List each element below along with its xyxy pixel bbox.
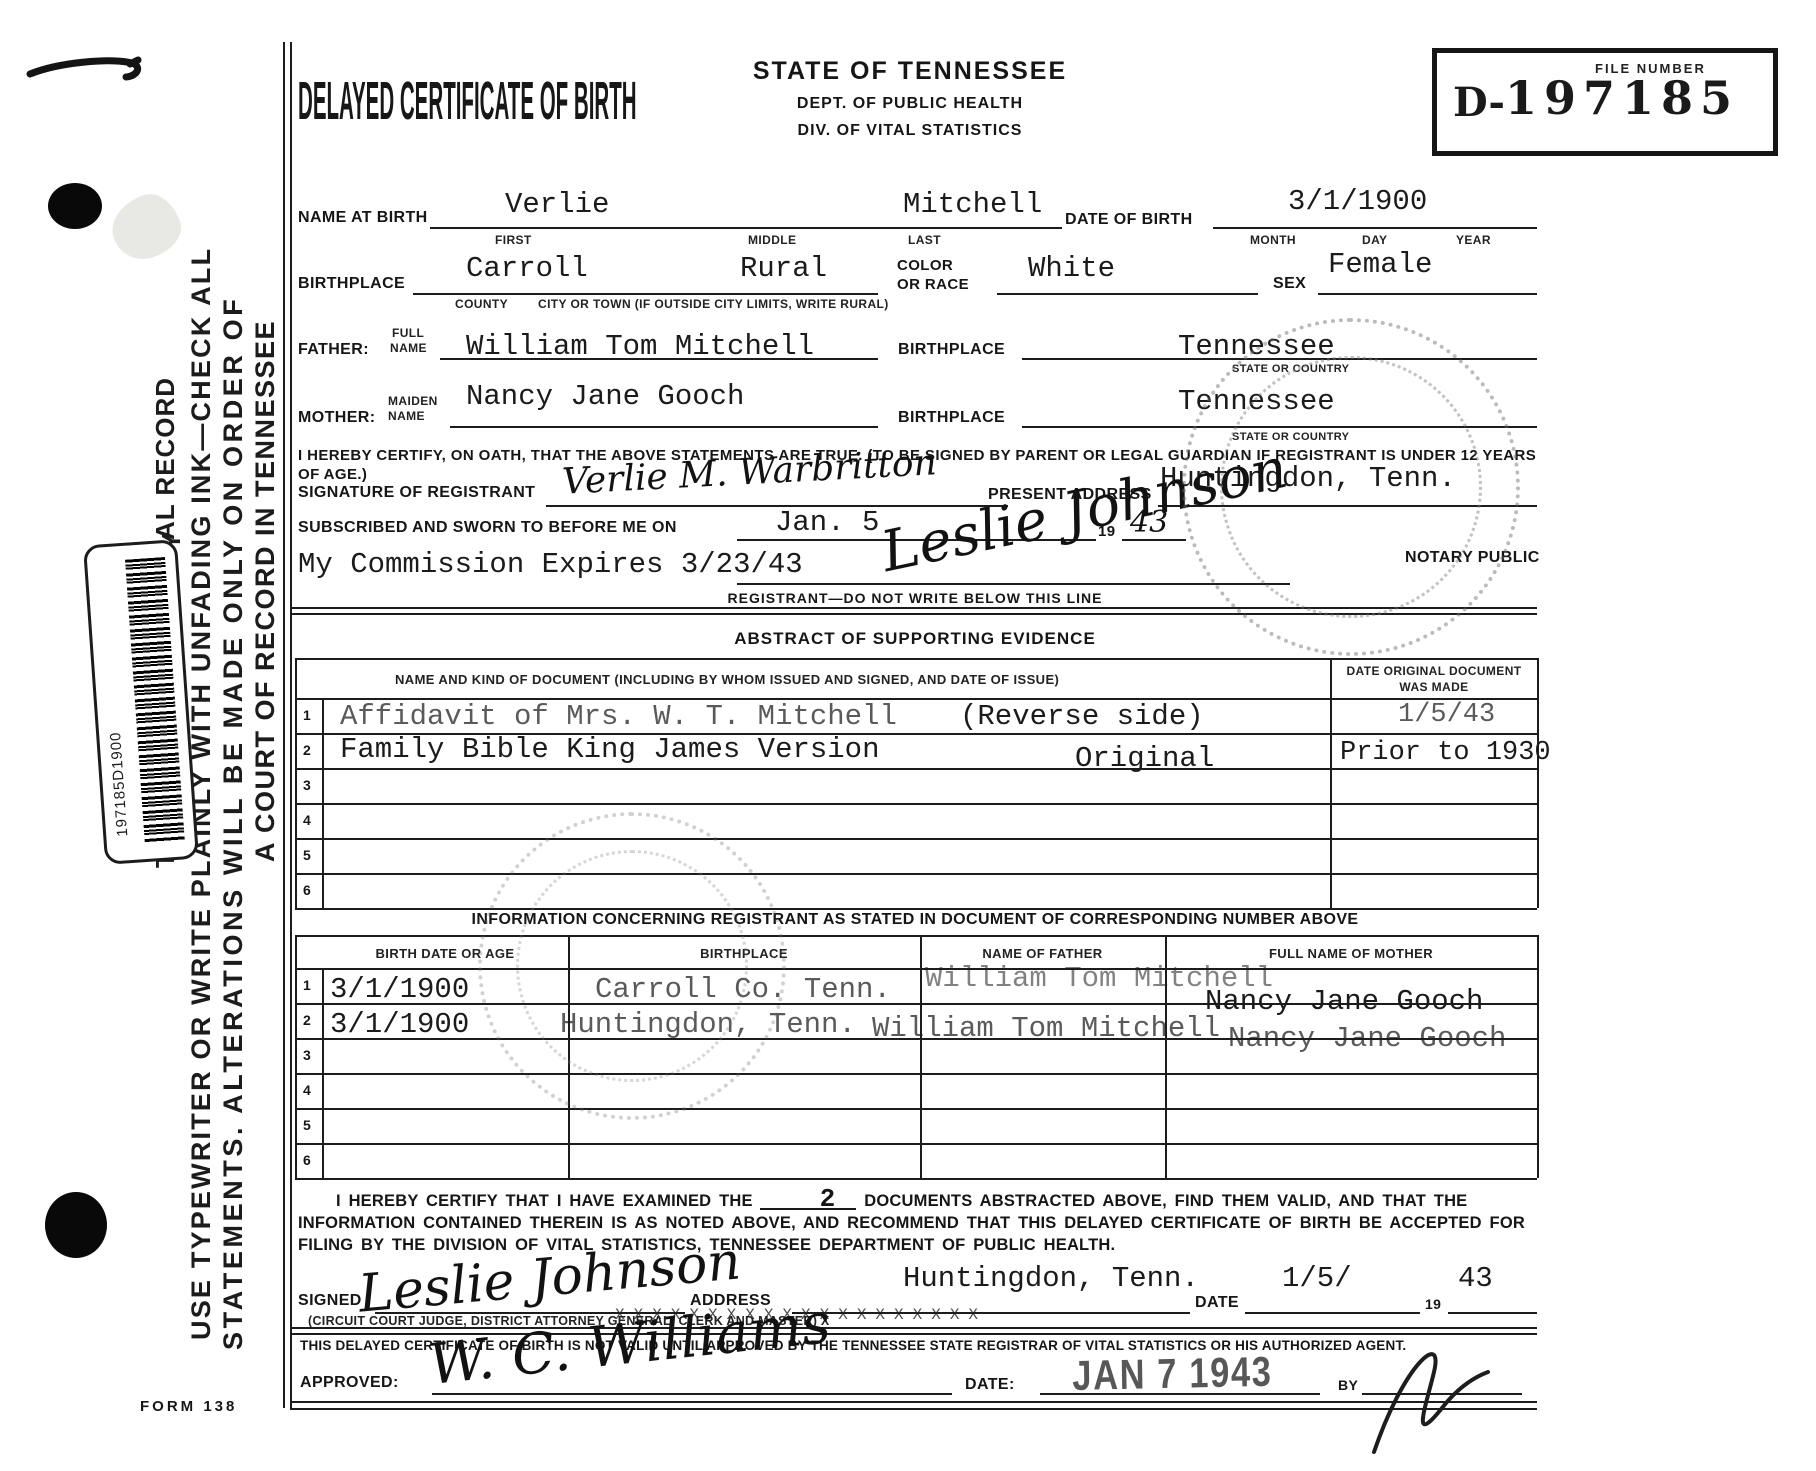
notary-signature-line xyxy=(737,583,1290,585)
info-row2-birthdate: 3/1/1900 xyxy=(330,1008,469,1041)
sex-line xyxy=(1318,293,1537,295)
father-birthplace-label: BIRTHPLACE xyxy=(898,341,1005,359)
abstract-row2-note: Original xyxy=(1075,742,1214,775)
division-heading: DIV. OF VITAL STATISTICS xyxy=(730,122,1090,140)
sub-label-city: CITY OR TOWN (IF OUTSIDE CITY LIMITS, WR… xyxy=(538,297,889,311)
abstract-row1-note: (Reverse side) xyxy=(960,700,1204,733)
info-row-number: 1 xyxy=(303,977,311,993)
abstract-table-bottom xyxy=(295,908,1537,910)
barcode-number: 197185D1900 xyxy=(107,731,131,837)
date-year-value: 43 xyxy=(1458,1262,1493,1295)
sub-label-day: DAY xyxy=(1362,233,1387,247)
mother-name-line xyxy=(450,426,878,428)
dept-heading: DEPT. OF PUBLIC HEALTH xyxy=(730,95,1090,113)
margin-instruction-line3: A COURT OF RECORD IN TENNESSEE xyxy=(250,320,281,862)
info-col2-line xyxy=(920,935,922,1178)
info-row-number: 5 xyxy=(303,1117,311,1133)
abstract-left-edge xyxy=(295,658,297,908)
approved-label: APPROVED: xyxy=(300,1374,399,1392)
info-row-number: 4 xyxy=(303,1082,311,1098)
father-sub-full: FULL xyxy=(392,326,424,340)
date-year-prefix: 19 xyxy=(1425,1296,1441,1312)
date-of-birth-value: 3/1/1900 xyxy=(1288,185,1427,218)
signature-of-registrant-label: SIGNATURE OF REGISTRANT xyxy=(298,484,535,502)
abstract-number-col-line xyxy=(322,698,324,908)
info-right-edge xyxy=(1537,935,1539,1178)
abstract-row2-doc: Family Bible King James Version xyxy=(340,733,880,766)
abstract-col2-header-line2: WAS MADE xyxy=(1335,680,1533,694)
info-row4-bottom xyxy=(295,1108,1537,1110)
margin-instruction-line2: STATEMENTS. ALTERATIONS WILL BE MADE ONL… xyxy=(218,296,249,1350)
county-value: Carroll xyxy=(466,252,588,285)
certification-text-part1: I HEREBY CERTIFY THAT I HAVE EXAMINED TH… xyxy=(336,1192,753,1210)
date-value: 1/5/ xyxy=(1282,1262,1352,1295)
commission-expires-text: My Commission Expires 3/23/43 xyxy=(298,548,803,581)
sub-label-last: LAST xyxy=(908,233,941,247)
abstract-right-edge xyxy=(1537,658,1539,908)
abstract-col2-header-line1: DATE ORIGINAL DOCUMENT xyxy=(1335,664,1533,678)
abstract-row2-bottom xyxy=(295,768,1537,770)
abstract-date-col-line xyxy=(1330,658,1332,908)
date-year-line xyxy=(1448,1312,1537,1314)
info-table-bottom xyxy=(295,1178,1537,1180)
info-row2-mother: Nancy Jane Gooch xyxy=(1228,1022,1506,1055)
sub-label-year: YEAR xyxy=(1456,233,1491,247)
birthplace-line xyxy=(413,293,878,295)
notary-seal-stamp xyxy=(1182,318,1520,656)
info-row-number: 6 xyxy=(303,1152,311,1168)
form-left-border-inner xyxy=(290,42,292,1408)
abstract-col1-header: NAME AND KIND OF DOCUMENT (INCLUDING BY … xyxy=(395,672,1059,687)
margin-text-fragment-al-record: AL RECORD xyxy=(150,377,181,540)
date-of-birth-line xyxy=(1213,227,1537,229)
date-line xyxy=(1245,1312,1420,1314)
info-col-father-header: NAME OF FATHER xyxy=(920,946,1165,961)
paper-smudge xyxy=(104,187,188,267)
sex-value: Female xyxy=(1328,248,1432,281)
abstract-row5-bottom xyxy=(295,873,1537,875)
form-bottom-line-2 xyxy=(290,1408,1537,1410)
city-value: Rural xyxy=(740,252,827,285)
date-of-birth-label: DATE OF BIRTH xyxy=(1065,211,1193,229)
file-number-box: FILE NUMBER D- 197185 xyxy=(1432,48,1778,156)
abstract-row3-bottom xyxy=(295,803,1537,805)
info-row1-mother: Nancy Jane Gooch xyxy=(1205,985,1483,1018)
certification-paragraph: I HEREBY CERTIFY THAT I HAVE EXAMINED TH… xyxy=(298,1190,1541,1256)
file-number-prefix: D- xyxy=(1453,79,1505,126)
father-label: FATHER: xyxy=(298,341,369,359)
abstract-row-number: 2 xyxy=(303,742,311,758)
sub-label-first: FIRST xyxy=(495,233,532,247)
color-or-race-label-line1: COLOR xyxy=(897,257,953,274)
abstract-row-number: 1 xyxy=(303,707,311,723)
hole-punch-bottom xyxy=(45,1192,107,1258)
abstract-row-number: 6 xyxy=(303,882,311,898)
info-row1-birthdate: 3/1/1900 xyxy=(330,973,469,1006)
state-heading: STATE OF TENNESSEE xyxy=(730,57,1090,86)
sub-label-middle: MIDDLE xyxy=(748,233,796,247)
abstract-row4-bottom xyxy=(295,838,1537,840)
abstract-row-number: 5 xyxy=(303,847,311,863)
info-row2-father: William Tom Mitchell xyxy=(872,1012,1220,1045)
court-seal-inner-ring xyxy=(516,850,748,1082)
mother-sub-maiden: MAIDEN xyxy=(388,394,438,408)
info-row-number: 2 xyxy=(303,1012,311,1028)
form-left-border-outer xyxy=(283,42,285,1408)
pen-stroke-mark xyxy=(26,50,156,86)
form-bottom-line-1 xyxy=(290,1401,1537,1403)
file-number-value: 197185 xyxy=(1505,71,1739,125)
name-at-birth-label: NAME AT BIRTH xyxy=(298,209,428,227)
info-row5-bottom xyxy=(295,1143,1537,1145)
mother-label: MOTHER: xyxy=(298,409,375,427)
sex-label: SEX xyxy=(1273,275,1306,293)
sub-label-month: MONTH xyxy=(1250,233,1296,247)
race-line xyxy=(997,293,1258,295)
birthplace-label: BIRTHPLACE xyxy=(298,275,405,293)
info-left-edge xyxy=(295,935,297,1178)
hole-punch-top xyxy=(48,183,102,229)
approved-date-label: DATE: xyxy=(965,1376,1015,1394)
mother-birthplace-label: BIRTHPLACE xyxy=(898,409,1005,427)
sworn-label: SUBSCRIBED AND SWORN TO BEFORE ME ON xyxy=(298,519,677,537)
form-number: FORM 138 xyxy=(140,1398,237,1415)
barcode xyxy=(125,557,185,843)
notary-seal-inner-ring xyxy=(1220,356,1482,618)
barcode-sticker: 197185D1900 xyxy=(83,539,199,865)
approved-date-stamp: JAN 7 1943 xyxy=(1072,1348,1273,1400)
address-value: Huntingdon, Tenn. xyxy=(903,1262,1199,1295)
father-name-value: William Tom Mitchell xyxy=(466,330,814,363)
abstract-row2-date: Prior to 1930 xyxy=(1340,738,1551,768)
color-or-race-label-line2: OR RACE xyxy=(897,276,969,293)
abstract-row-number: 3 xyxy=(303,777,311,793)
sworn-month-day-value: Jan. 5 xyxy=(775,506,879,539)
form-title: DELAYED CERTIFICATE OF BIRTH xyxy=(298,70,637,132)
info-col-mother-header: FULL NAME OF MOTHER xyxy=(1165,946,1537,961)
approved-line xyxy=(432,1393,952,1395)
abstract-row1-doc: Affidavit of Mrs. W. T. Mitchell xyxy=(340,700,897,733)
by-initials-signature xyxy=(1352,1328,1502,1458)
abstract-table-top xyxy=(295,658,1537,660)
signed-label: SIGNED xyxy=(298,1292,362,1310)
abstract-row1-date: 1/5/43 xyxy=(1398,700,1495,730)
name-line xyxy=(430,227,1062,229)
date-label: DATE xyxy=(1195,1294,1239,1312)
info-row-number: 3 xyxy=(303,1047,311,1063)
mother-name-value: Nancy Jane Gooch xyxy=(466,380,744,413)
scanned-birth-certificate: USE TYPEWRITER OR WRITE PLAINLY WITH UNF… xyxy=(0,0,1816,1471)
father-sub-name: NAME xyxy=(390,341,427,355)
sub-label-county: COUNTY xyxy=(455,297,508,311)
race-value: White xyxy=(1028,252,1115,285)
info-row3-bottom xyxy=(295,1073,1537,1075)
abstract-row-number: 4 xyxy=(303,812,311,828)
first-name-value: Verlie xyxy=(505,188,609,221)
mother-sub-name: NAME xyxy=(388,409,425,423)
last-name-value: Mitchell xyxy=(903,188,1042,221)
document-count-value: 2 xyxy=(760,1190,856,1210)
court-seal-stamp xyxy=(478,812,786,1120)
info-number-col-line xyxy=(322,968,324,1178)
